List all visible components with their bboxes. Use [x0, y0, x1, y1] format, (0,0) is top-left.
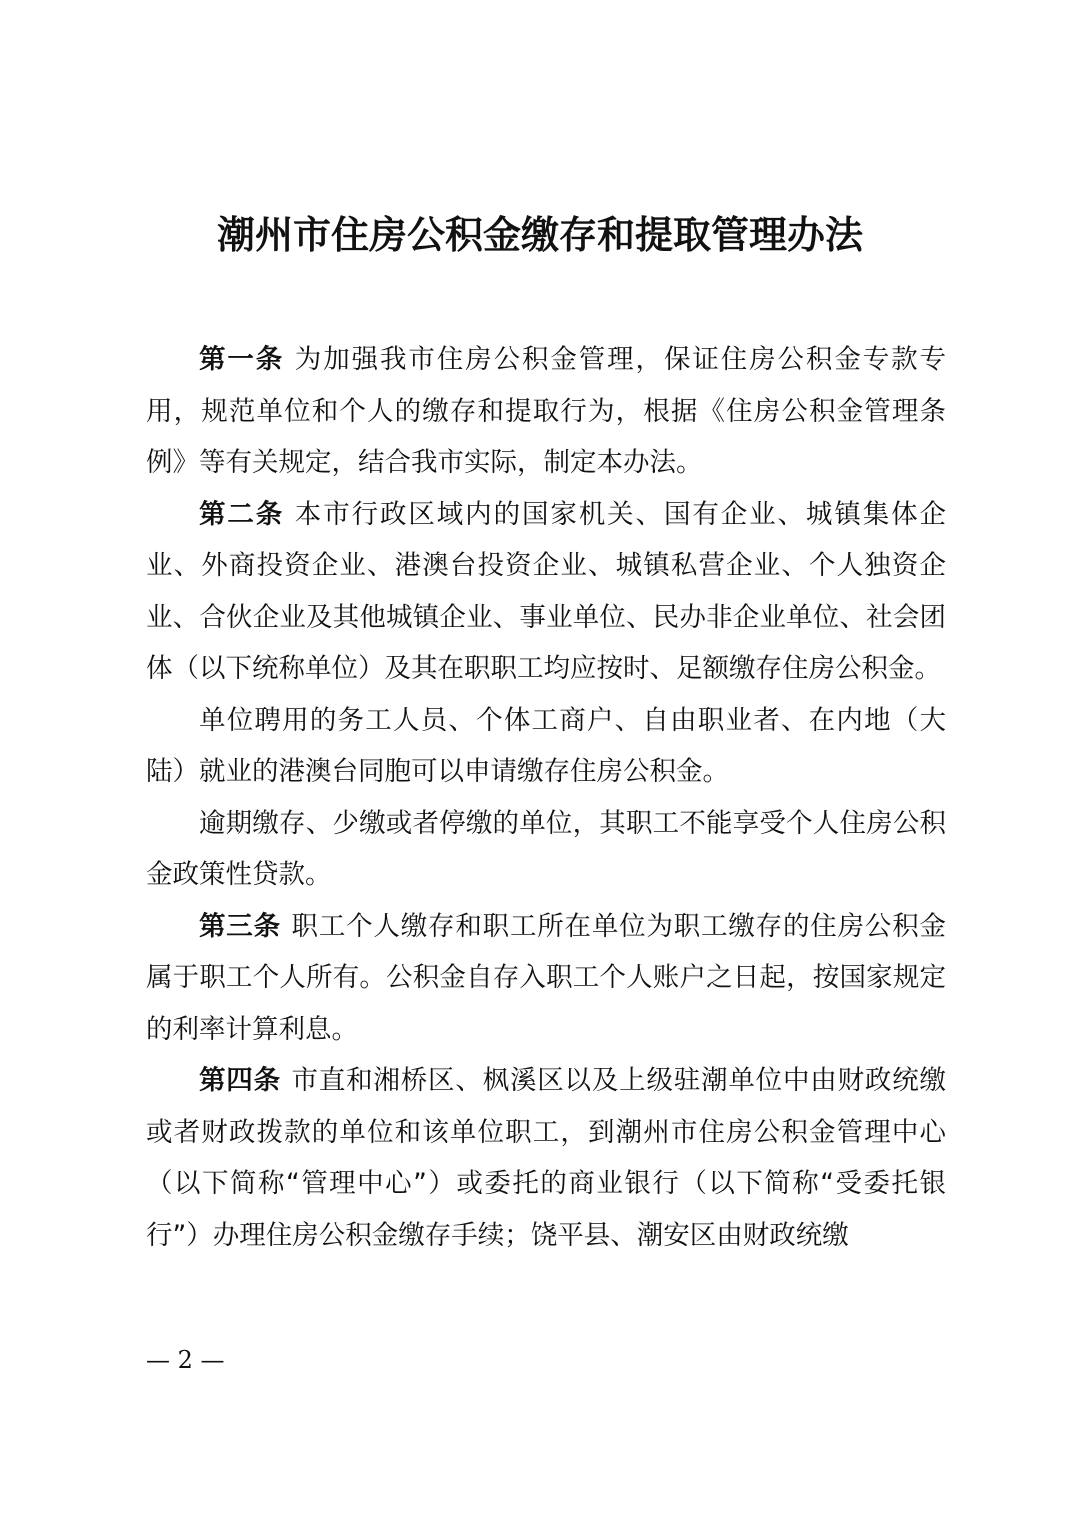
paragraph-text: 单位聘用的务工人员、个体工商户、自由职业者、在内地（大陆）就业的港澳台同胞可以申…	[146, 705, 946, 788]
article-label: 第四条	[199, 1065, 281, 1096]
page-number: — 2 —	[146, 1346, 225, 1374]
document-title: 潮州市住房公积金缴存和提取管理办法	[0, 204, 1080, 259]
paragraph-text: 逾期缴存、少缴或者停缴的单位，其职工不能享受个人住房公积金政策性贷款。	[146, 808, 946, 891]
article-label: 第一条	[199, 344, 284, 375]
paragraph-article-2-sub-1: 单位聘用的务工人员、个体工商户、自由职业者、在内地（大陆）就业的港澳台同胞可以申…	[146, 695, 946, 798]
paragraph-article-1: 第一条为加强我市住房公积金管理，保证住房公积金专款专用，规范单位和个人的缴存和提…	[146, 334, 946, 489]
document-body: 第一条为加强我市住房公积金管理，保证住房公积金专款专用，规范单位和个人的缴存和提…	[146, 334, 946, 1261]
article-label: 第二条	[199, 499, 284, 530]
paragraph-article-2: 第二条本市行政区域内的国家机关、国有企业、城镇集体企业、外商投资企业、港澳台投资…	[146, 489, 946, 695]
paragraph-article-2-sub-2: 逾期缴存、少缴或者停缴的单位，其职工不能享受个人住房公积金政策性贷款。	[146, 798, 946, 901]
paragraph-article-3: 第三条职工个人缴存和职工所在单位为职工缴存的住房公积金属于职工个人所有。公积金自…	[146, 901, 946, 1056]
article-label: 第三条	[199, 911, 281, 942]
paragraph-article-4: 第四条市直和湘桥区、枫溪区以及上级驻潮单位中由财政统缴或者财政拨款的单位和该单位…	[146, 1055, 946, 1261]
